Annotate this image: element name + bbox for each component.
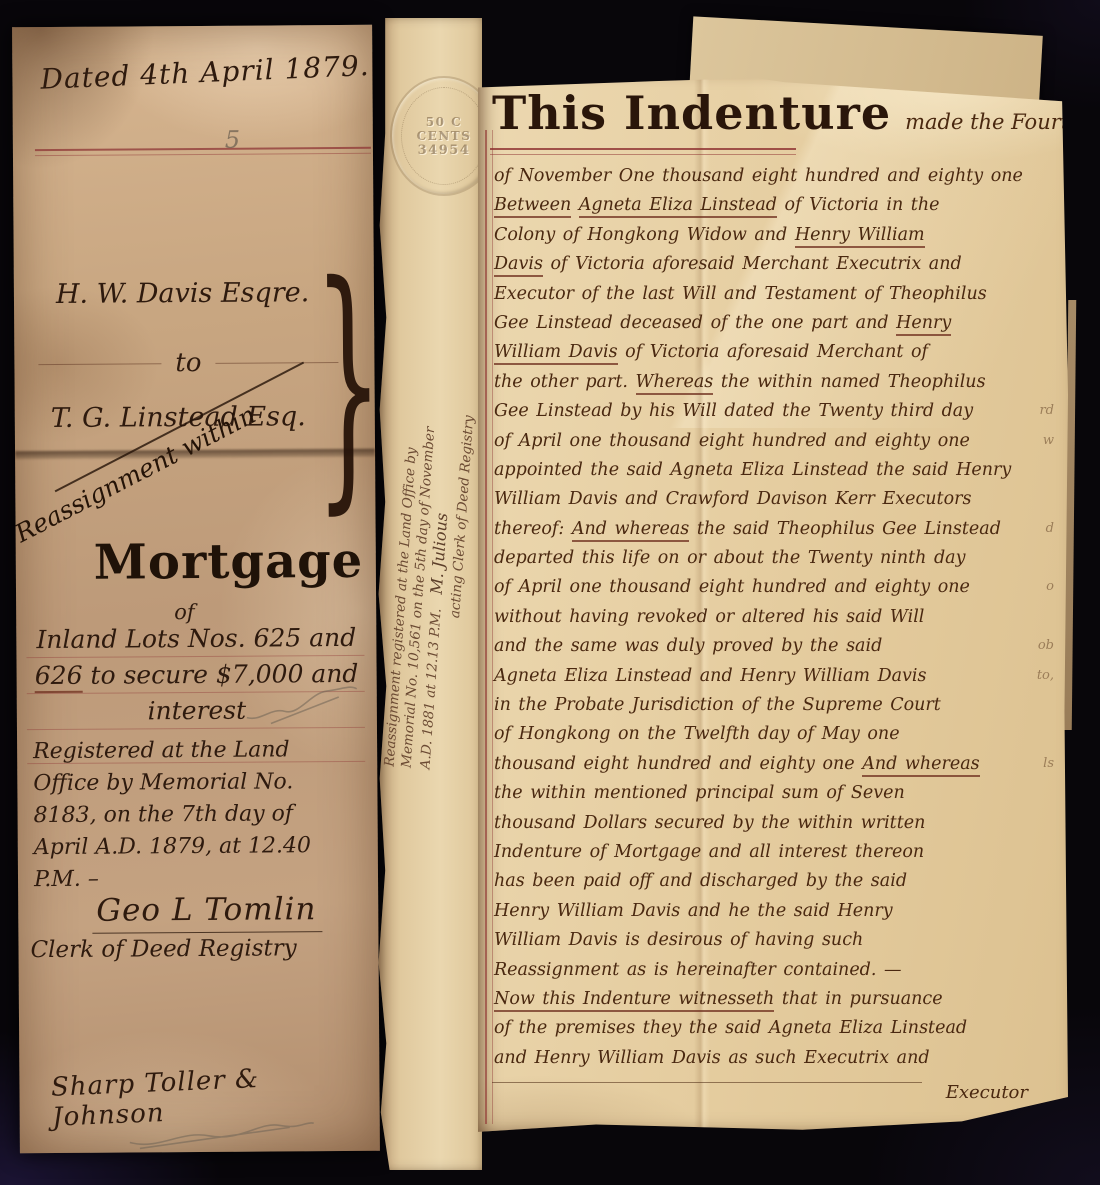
red-margin-rule: [485, 130, 493, 1124]
document-spine: 50 C CENTS 34954 Reassignment registered…: [372, 18, 482, 1170]
margin-mark: o: [1046, 579, 1054, 594]
text-line: Registered at the Land: [33, 737, 310, 771]
margin-mark: to,: [1037, 668, 1054, 683]
registrar-title: Clerk of Deed Registry: [30, 935, 296, 963]
text-line: William Davis is desirous of having such: [494, 930, 1056, 959]
party-from: H. W. Davis Esqre.: [56, 277, 310, 310]
registrar-signature: Geo L Tomlin: [96, 891, 316, 929]
margin-mark: w: [1043, 433, 1054, 448]
pencil-number: 5: [225, 126, 240, 154]
cover-title-mortgage: Mortgage: [94, 533, 364, 591]
text-line: thereof: And whereas the said Theophilus…: [494, 519, 1056, 548]
text-line: Henry William Davis and he the said Henr…: [494, 901, 1056, 930]
stamp-number: 34954: [418, 143, 471, 158]
deed-heading: This Indenture: [492, 86, 891, 140]
text-line: Office by Memorial No.: [33, 769, 310, 803]
spine-registration-note: Reassignment registered at the Land Offi…: [382, 407, 479, 771]
text-line: Gee Linstead deceased of the one part an…: [494, 313, 1056, 342]
text-line: of the premises they the said Agneta Eli…: [494, 1018, 1056, 1047]
text-line: Indenture of Mortgage and all interest t…: [494, 842, 1056, 871]
text-line: without having revoked or altered his sa…: [494, 607, 1056, 636]
deed-first-page: This Indenturemade the Fourth day of Nov…: [478, 78, 1068, 1134]
text-line: of April one thousand eight hundred and …: [494, 431, 1056, 460]
pencil-scribble: [120, 1111, 320, 1156]
text-line: Now this Indenture witnesseth that in pu…: [494, 989, 1056, 1018]
dated-line: Dated 4th April 1879.: [40, 49, 370, 96]
text-line: Gee Linstead by his Will dated the Twent…: [494, 401, 1056, 430]
text-line: William Davis and Crawford Davison Kerr …: [494, 489, 1056, 518]
signature-rule: [92, 931, 322, 934]
text-line: of Hongkong on the Twelfth day of May on…: [494, 724, 1056, 753]
margin-mark: ob: [1038, 638, 1054, 653]
margin-mark: ls: [1043, 756, 1054, 771]
text-line: of November One thousand eight hundred a…: [494, 166, 1056, 195]
text-line: has been paid off and discharged by the …: [494, 871, 1056, 900]
text-line: William Davis of Victoria aforesaid Merc…: [494, 342, 1056, 371]
deed-body-text: of November One thousand eight hundred a…: [494, 166, 1056, 1077]
text-line: Between Agneta Eliza Linstead of Victori…: [494, 195, 1056, 224]
text-line: Davis of Victoria aforesaid Merchant Exe…: [494, 254, 1056, 283]
registration-block: Registered at the LandOffice by Memorial…: [33, 737, 311, 899]
margin-mark: d: [1046, 521, 1054, 536]
text-line: Colony of Hongkong Widow and Henry Willi…: [494, 225, 1056, 254]
text-line: and the same was duly proved by the said: [494, 636, 1056, 665]
heading-continuation: made the Fourth day: [905, 110, 1100, 134]
text-line: April A.D. 1879, at 12.40: [34, 833, 311, 867]
margin-mark: rd: [1039, 403, 1054, 418]
end-of-page-rule: [492, 1082, 922, 1083]
deed-cover-page: Dated 4th April 1879. 5 H. W. Davis Esqr…: [12, 25, 380, 1153]
heading-red-underline: [490, 148, 796, 155]
text-line: Agneta Eliza Linstead and Henry William …: [494, 666, 1056, 695]
stamp-value: 50 C: [426, 115, 462, 129]
catchword: Executor: [946, 1082, 1028, 1103]
text-line: and Henry William Davis as such Executri…: [494, 1048, 1056, 1077]
photograph-of-deed: Dated 4th April 1879. 5 H. W. Davis Esqr…: [0, 0, 1100, 1185]
of-word: of: [174, 600, 195, 624]
curly-brace: }: [313, 251, 383, 515]
text-line: departed this life on or about the Twent…: [494, 548, 1056, 577]
text-line: the within mentioned principal sum of Se…: [494, 783, 1056, 812]
text-line: thousand eight hundred and eighty one An…: [494, 754, 1056, 783]
text-line: 8183, on the 7th day of: [33, 801, 310, 835]
text-line: the other part. Whereas the within named…: [494, 372, 1056, 401]
to-word: to: [175, 348, 201, 378]
stamp-unit: CENTS: [417, 129, 472, 143]
pencil-signature: [241, 677, 361, 730]
reassignment-annotation: Reassignment within: [10, 371, 316, 549]
text-line: appointed the said Agneta Eliza Linstead…: [494, 460, 1056, 489]
text-line: Executor of the last Will and Testament …: [494, 284, 1056, 313]
text-line: in the Probate Jurisdiction of the Supre…: [494, 695, 1056, 724]
text-line: of April one thousand eight hundred and …: [494, 577, 1056, 606]
text-line: thousand Dollars secured by the within w…: [494, 813, 1056, 842]
text-line: Inland Lots Nos. 625 and: [16, 623, 376, 662]
text-line: Reassignment as is hereinafter contained…: [494, 960, 1056, 989]
red-rule: [35, 147, 371, 156]
